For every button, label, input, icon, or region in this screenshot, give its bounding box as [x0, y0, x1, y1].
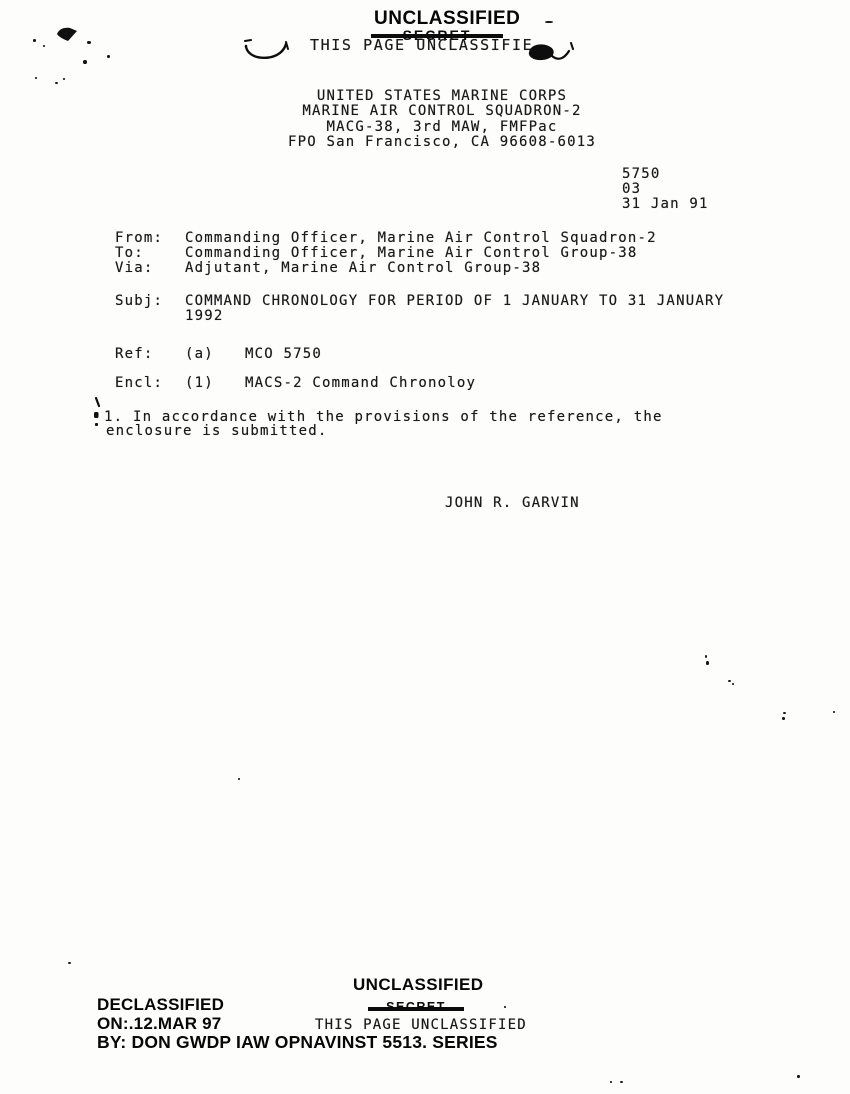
letterhead-line-3: MACG-38, 3rd MAW, FMFPac [326, 120, 557, 134]
from-label: From: [115, 231, 163, 245]
enclosure-label: Encl: [115, 376, 163, 390]
scan-speck [732, 683, 734, 685]
reference-label: Ref: [115, 347, 154, 361]
ink-blob-mark [528, 42, 576, 66]
scan-speck [63, 78, 65, 80]
scan-speck [238, 778, 240, 780]
reference-value: MCO 5750 [245, 347, 322, 361]
scan-speck [833, 711, 835, 713]
enclosure-item: (1) [185, 376, 214, 390]
paragraph-number: 1. [104, 410, 123, 424]
margin-ink-marks [91, 396, 103, 430]
declassified-stamp-line-1: DECLASSIFIED [97, 996, 224, 1013]
scan-speck [705, 655, 707, 658]
from-value: Commanding Officer, Marine Air Control S… [185, 231, 657, 245]
page-classification-bottom: THIS PAGE UNCLASSIFIED [315, 1018, 527, 1032]
scan-speck [35, 77, 37, 79]
scan-speck [545, 21, 553, 23]
scan-speck [68, 962, 71, 964]
scan-speck [620, 1081, 623, 1083]
scan-speck [33, 39, 36, 42]
signature-name: JOHN R. GARVIN [445, 496, 580, 510]
corner-ink-mark [56, 26, 78, 42]
classification-unclassified-bottom: UNCLASSIFIED [353, 976, 483, 993]
ssic-code: 5750 [622, 167, 661, 181]
declassified-stamp-line-2: ON:.12.MAR 97 [97, 1015, 221, 1032]
scan-speck [83, 60, 87, 64]
reference-item: (a) [185, 347, 214, 361]
letterhead-line-1: UNITED STATES MARINE CORPS [317, 89, 567, 103]
scan-speck [706, 661, 709, 665]
via-label: Via: [115, 261, 154, 275]
to-label: To: [115, 246, 144, 260]
paragraph-line-1: In accordance with the provisions of the… [133, 410, 663, 424]
scan-speck [55, 82, 58, 84]
declassified-stamp-line-3: BY: DON GWDP IAW OPNAVINST 5513. SERIES [97, 1034, 498, 1052]
scan-speck [782, 717, 785, 720]
letterhead-line-2: MARINE AIR CONTROL SQUADRON-2 [302, 104, 581, 118]
scan-speck [728, 680, 731, 682]
scan-speck [43, 45, 45, 47]
scan-speck [107, 55, 110, 58]
pen-swoosh-mark [244, 38, 290, 61]
classification-unclassified-top: UNCLASSIFIED [374, 9, 520, 28]
scan-speck [87, 41, 91, 44]
subject-line-1: COMMAND CHRONOLOGY FOR PERIOD OF 1 JANUA… [185, 294, 724, 308]
to-value: Commanding Officer, Marine Air Control G… [185, 246, 638, 260]
ssic-office-code: 03 [622, 182, 641, 196]
page-classification-top: THIS PAGE UNCLASSIFIE [310, 38, 533, 53]
scan-speck [610, 1081, 612, 1083]
subject-line-2: 1992 [185, 309, 224, 323]
scan-speck [504, 1006, 506, 1008]
document-date: 31 Jan 91 [622, 197, 709, 211]
via-value: Adjutant, Marine Air Control Group-38 [185, 261, 541, 275]
paragraph-line-2: enclosure is submitted. [106, 424, 327, 438]
scan-speck [797, 1075, 800, 1078]
enclosure-value: MACS-2 Command Chronoloy [245, 376, 476, 390]
subject-label: Subj: [115, 294, 163, 308]
secret-strikethrough-bottom: SECRET [368, 1001, 464, 1015]
letterhead-line-4: FPO San Francisco, CA 96608-6013 [288, 135, 596, 149]
scan-speck [783, 712, 786, 714]
secret-label: SECRET [368, 1001, 464, 1014]
document-page: UNCLASSIFIED SECRET THIS PAGE UNCLASSIFI… [0, 0, 850, 1094]
